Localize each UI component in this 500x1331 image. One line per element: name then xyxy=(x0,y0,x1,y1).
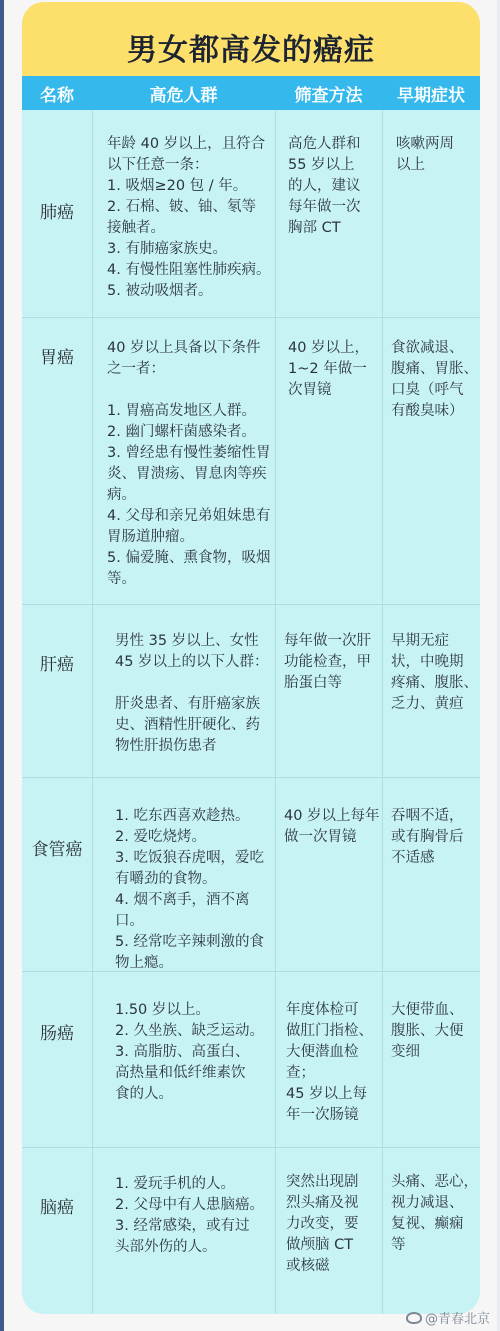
cancer-name: 脑癌 xyxy=(22,1148,92,1314)
left-edge-border xyxy=(0,0,4,1331)
high-risk-text: 年龄 40 岁以上，且符合 以下任意一条： 1. 吸烟≥20 包 / 年。 2.… xyxy=(107,134,275,302)
screening-text: 年度体检可 做肛门指检、 大便潜血检 查； 45 岁以上每 年一次肠镜 xyxy=(286,1000,382,1126)
table-row-lung: 肺癌 年龄 40 岁以上，且符合 以下任意一条： 1. 吸烟≥20 包 / 年。… xyxy=(22,110,480,317)
high-risk-cell: 1.50 岁以上。 2. 久坐族、缺乏运动。 3. 高脂肪、高蛋白、 高热量和低… xyxy=(92,972,275,1148)
high-risk-text: 1. 爱玩手机的人。 2. 父母中有人患脑癌。 3. 经常感染，或有过 头部外伤… xyxy=(115,1174,275,1258)
cancer-name: 胃癌 xyxy=(22,318,92,605)
infographic-card: 男女都高发的癌症 名称 高危人群 筛查方法 早期症状 肺癌 年龄 40 岁以上，… xyxy=(22,2,480,1314)
header-symptoms: 早期症状 xyxy=(382,76,480,110)
cancer-name: 肺癌 xyxy=(22,110,92,317)
screening-text: 突然出现剧 烈头痛及视 力改变，要 做颅脑 CT 或核磁 xyxy=(286,1172,382,1277)
screening-cell: 突然出现剧 烈头痛及视 力改变，要 做颅脑 CT 或核磁 xyxy=(275,1148,382,1314)
symptoms-text: 吞咽不适， 或有胸骨后 不适感 xyxy=(391,806,480,869)
high-risk-cell: 男性 35 岁以上、女性 45 岁以上的以下人群： 肝炎患者、有肝癌家族 史、酒… xyxy=(92,605,275,778)
screening-cell: 年度体检可 做肛门指检、 大便潜血检 查； 45 岁以上每 年一次肠镜 xyxy=(275,972,382,1148)
cancer-name: 肝癌 xyxy=(22,605,92,778)
high-risk-text: 1. 吃东西喜欢趁热。 2. 爱吃烧烤。 3. 吃饭狼吞虎咽，爱吃 有嚼劲的食物… xyxy=(115,806,275,974)
header-name: 名称 xyxy=(22,76,92,110)
high-risk-text: 男性 35 岁以上、女性 45 岁以上的以下人群： 肝炎患者、有肝癌家族 史、酒… xyxy=(115,631,275,757)
screening-cell: 40 岁以上每年 做一次胃镜 xyxy=(275,778,382,972)
symptoms-text: 咳嗽两周 以上 xyxy=(396,134,480,176)
symptoms-cell: 大便带血、 腹胀、大便 变细 xyxy=(382,972,480,1148)
screening-text: 40 岁以上每年 做一次胃镜 xyxy=(284,806,382,848)
screening-text: 40 岁以上， 1~2 年做一 次胃镜 xyxy=(288,338,382,401)
screening-cell: 高危人群和 55 岁以上 的人，建议 每年做一次 胸部 CT xyxy=(275,110,382,317)
symptoms-text: 头痛、恶心， 视力减退、 复视、癫痫 等 xyxy=(391,1172,480,1256)
header-high-risk: 高危人群 xyxy=(92,76,275,110)
symptoms-cell: 早期无症 状，中晚期 疼痛、腹胀、 乏力、黄疸 xyxy=(382,605,480,778)
screening-text: 高危人群和 55 岁以上 的人，建议 每年做一次 胸部 CT xyxy=(288,134,382,239)
high-risk-cell: 年龄 40 岁以上，且符合 以下任意一条： 1. 吸烟≥20 包 / 年。 2.… xyxy=(92,110,275,317)
page-title: 男女都高发的癌症 xyxy=(127,25,375,69)
high-risk-text: 40 岁以上具备以下条件 之一者： 1. 胃癌高发地区人群。 2. 幽门螺杆菌感… xyxy=(107,338,275,590)
table-row-esophagus: 食管癌 1. 吃东西喜欢趁热。 2. 爱吃烧烤。 3. 吃饭狼吞虎咽，爱吃 有嚼… xyxy=(22,777,480,972)
table-row-colorectal: 肠癌 1.50 岁以上。 2. 久坐族、缺乏运动。 3. 高脂肪、高蛋白、 高热… xyxy=(22,971,480,1148)
watermark-text: @青春北京 xyxy=(425,1308,490,1327)
table-header: 名称 高危人群 筛查方法 早期症状 xyxy=(22,76,480,110)
screening-cell: 每年做一次肝 功能检查，甲 胎蛋白等 xyxy=(275,605,382,778)
table-row-brain: 脑癌 1. 爱玩手机的人。 2. 父母中有人患脑癌。 3. 经常感染，或有过 头… xyxy=(22,1147,480,1314)
high-risk-cell: 40 岁以上具备以下条件 之一者： 1. 胃癌高发地区人群。 2. 幽门螺杆菌感… xyxy=(92,318,275,605)
watermark: @青春北京 xyxy=(406,1308,490,1327)
symptoms-cell: 咳嗽两周 以上 xyxy=(382,110,480,317)
symptoms-text: 早期无症 状，中晚期 疼痛、腹胀、 乏力、黄疸 xyxy=(391,631,480,715)
symptoms-cell: 吞咽不适， 或有胸骨后 不适感 xyxy=(382,778,480,972)
header-screening: 筛查方法 xyxy=(275,76,382,110)
symptoms-text: 食欲减退、 腹痛、胃胀、 口臭（呼气 有酸臭味） xyxy=(391,338,480,422)
cancer-name: 肠癌 xyxy=(22,972,92,1148)
symptoms-cell: 食欲减退、 腹痛、胃胀、 口臭（呼气 有酸臭味） xyxy=(382,318,480,605)
weibo-logo-icon xyxy=(406,1312,422,1324)
high-risk-text: 1.50 岁以上。 2. 久坐族、缺乏运动。 3. 高脂肪、高蛋白、 高热量和低… xyxy=(115,1000,275,1105)
table-row-liver: 肝癌 男性 35 岁以上、女性 45 岁以上的以下人群： 肝炎患者、有肝癌家族 … xyxy=(22,604,480,778)
symptoms-text: 大便带血、 腹胀、大便 变细 xyxy=(391,1000,480,1063)
cancer-name: 食管癌 xyxy=(22,778,92,972)
symptoms-cell: 头痛、恶心， 视力减退、 复视、癫痫 等 xyxy=(382,1148,480,1314)
high-risk-cell: 1. 爱玩手机的人。 2. 父母中有人患脑癌。 3. 经常感染，或有过 头部外伤… xyxy=(92,1148,275,1314)
screening-cell: 40 岁以上， 1~2 年做一 次胃镜 xyxy=(275,318,382,605)
high-risk-cell: 1. 吃东西喜欢趁热。 2. 爱吃烧烤。 3. 吃饭狼吞虎咽，爱吃 有嚼劲的食物… xyxy=(92,778,275,972)
title-bar: 男女都高发的癌症 xyxy=(22,2,480,76)
table-row-stomach: 胃癌 40 岁以上具备以下条件 之一者： 1. 胃癌高发地区人群。 2. 幽门螺… xyxy=(22,317,480,605)
screening-text: 每年做一次肝 功能检查，甲 胎蛋白等 xyxy=(284,631,382,694)
